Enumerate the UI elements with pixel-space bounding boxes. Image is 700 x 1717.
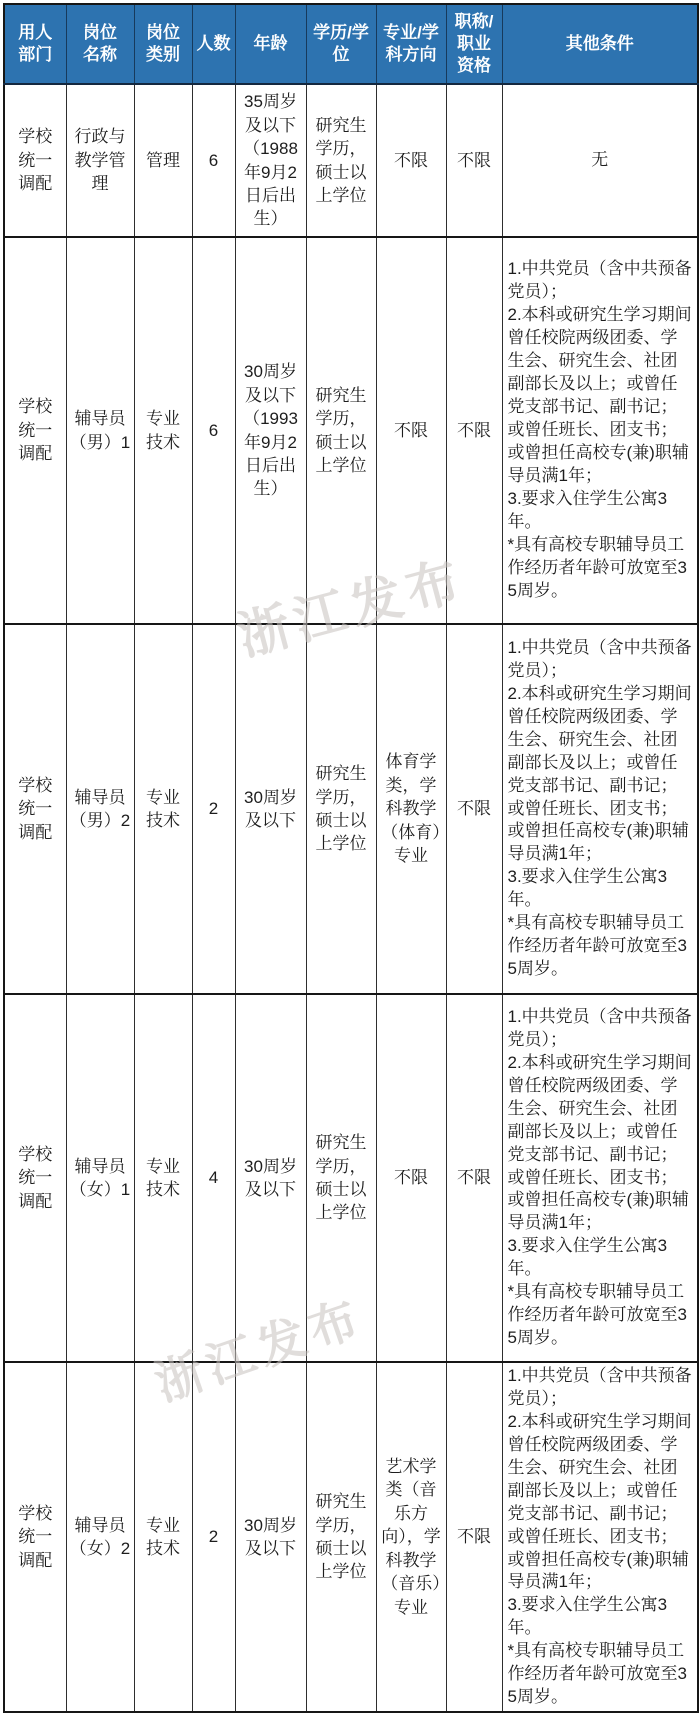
cell-count: 4 bbox=[192, 994, 235, 1362]
cell-title: 不限 bbox=[446, 624, 502, 994]
cell-post: 辅导员（男）2 bbox=[66, 624, 134, 994]
cell-count: 2 bbox=[192, 624, 235, 994]
cell-degree: 研究生学历，硕士以上学位 bbox=[306, 237, 376, 624]
cell-title: 不限 bbox=[446, 237, 502, 624]
cell-degree: 研究生学历，硕士以上学位 bbox=[306, 84, 376, 237]
cell-major: 体育学类，学科教学（体育）专业 bbox=[376, 624, 446, 994]
table-row: 学校统一调配 辅导员（男）2 专业技术 2 30周岁及以下 研究生学历，硕士以上… bbox=[4, 624, 698, 994]
cell-count: 6 bbox=[192, 84, 235, 237]
recruitment-table: 用人部门 岗位名称 岗位类别 人数 年龄 学历/学位 专业/学科方向 职称/职业… bbox=[3, 3, 699, 1713]
cell-other: 无 bbox=[502, 84, 698, 237]
column-header-post: 岗位名称 bbox=[66, 4, 134, 84]
cell-post: 辅导员（女）2 bbox=[66, 1362, 134, 1712]
cell-dept: 学校统一调配 bbox=[4, 1362, 66, 1712]
cell-category: 专业技术 bbox=[134, 1362, 192, 1712]
cell-count: 2 bbox=[192, 1362, 235, 1712]
table-row: 学校统一调配 辅导员（男）1 专业技术 6 30周岁及以下（1993年9月2日后… bbox=[4, 237, 698, 624]
cell-title: 不限 bbox=[446, 84, 502, 237]
cell-post: 行政与教学管理 bbox=[66, 84, 134, 237]
column-header-dept: 用人部门 bbox=[4, 4, 66, 84]
cell-age: 30周岁及以下 bbox=[235, 994, 306, 1362]
cell-other: 1.中共党员（含中共预备党员）； 2.本科或研究生学习期间曾任校院两级团委、学生… bbox=[502, 994, 698, 1362]
column-header-count: 人数 bbox=[192, 4, 235, 84]
cell-other: 1.中共党员（含中共预备党员）； 2.本科或研究生学习期间曾任校院两级团委、学生… bbox=[502, 624, 698, 994]
cell-age: 30周岁及以下 bbox=[235, 1362, 306, 1712]
header-row: 用人部门 岗位名称 岗位类别 人数 年龄 学历/学位 专业/学科方向 职称/职业… bbox=[4, 4, 698, 84]
column-header-title: 职称/职业资格 bbox=[446, 4, 502, 84]
cell-dept: 学校统一调配 bbox=[4, 624, 66, 994]
table-row: 学校统一调配 辅导员（女）2 专业技术 2 30周岁及以下 研究生学历，硕士以上… bbox=[4, 1362, 698, 1712]
cell-age: 30周岁及以下 bbox=[235, 624, 306, 994]
cell-other: 1.中共党员（含中共预备党员）； 2.本科或研究生学习期间曾任校院两级团委、学生… bbox=[502, 237, 698, 624]
cell-dept: 学校统一调配 bbox=[4, 994, 66, 1362]
cell-degree: 研究生学历，硕士以上学位 bbox=[306, 624, 376, 994]
cell-title: 不限 bbox=[446, 1362, 502, 1712]
column-header-major: 专业/学科方向 bbox=[376, 4, 446, 84]
cell-category: 专业技术 bbox=[134, 237, 192, 624]
recruitment-table-page: 用人部门 岗位名称 岗位类别 人数 年龄 学历/学位 专业/学科方向 职称/职业… bbox=[0, 0, 700, 1717]
cell-post: 辅导员（女）1 bbox=[66, 994, 134, 1362]
table-row: 学校统一调配 辅导员（女）1 专业技术 4 30周岁及以下 研究生学历，硕士以上… bbox=[4, 994, 698, 1362]
cell-age: 35周岁及以下（1988年9月2日后出生） bbox=[235, 84, 306, 237]
column-header-age: 年龄 bbox=[235, 4, 306, 84]
cell-major: 不限 bbox=[376, 84, 446, 237]
cell-major: 不限 bbox=[376, 237, 446, 624]
table-row: 学校统一调配 行政与教学管理 管理 6 35周岁及以下（1988年9月2日后出生… bbox=[4, 84, 698, 237]
cell-degree: 研究生学历，硕士以上学位 bbox=[306, 1362, 376, 1712]
cell-category: 管理 bbox=[134, 84, 192, 237]
cell-degree: 研究生学历，硕士以上学位 bbox=[306, 994, 376, 1362]
cell-major: 艺术学类（音乐方向），学科教学（音乐）专业 bbox=[376, 1362, 446, 1712]
column-header-degree: 学历/学位 bbox=[306, 4, 376, 84]
cell-other: 1.中共党员（含中共预备党员）； 2.本科或研究生学习期间曾任校院两级团委、学生… bbox=[502, 1362, 698, 1712]
cell-dept: 学校统一调配 bbox=[4, 237, 66, 624]
column-header-category: 岗位类别 bbox=[134, 4, 192, 84]
column-header-other: 其他条件 bbox=[502, 4, 698, 84]
cell-title: 不限 bbox=[446, 994, 502, 1362]
cell-post: 辅导员（男）1 bbox=[66, 237, 134, 624]
cell-major: 不限 bbox=[376, 994, 446, 1362]
cell-count: 6 bbox=[192, 237, 235, 624]
cell-category: 专业技术 bbox=[134, 624, 192, 994]
cell-age: 30周岁及以下（1993年9月2日后出生） bbox=[235, 237, 306, 624]
cell-category: 专业技术 bbox=[134, 994, 192, 1362]
cell-dept: 学校统一调配 bbox=[4, 84, 66, 237]
